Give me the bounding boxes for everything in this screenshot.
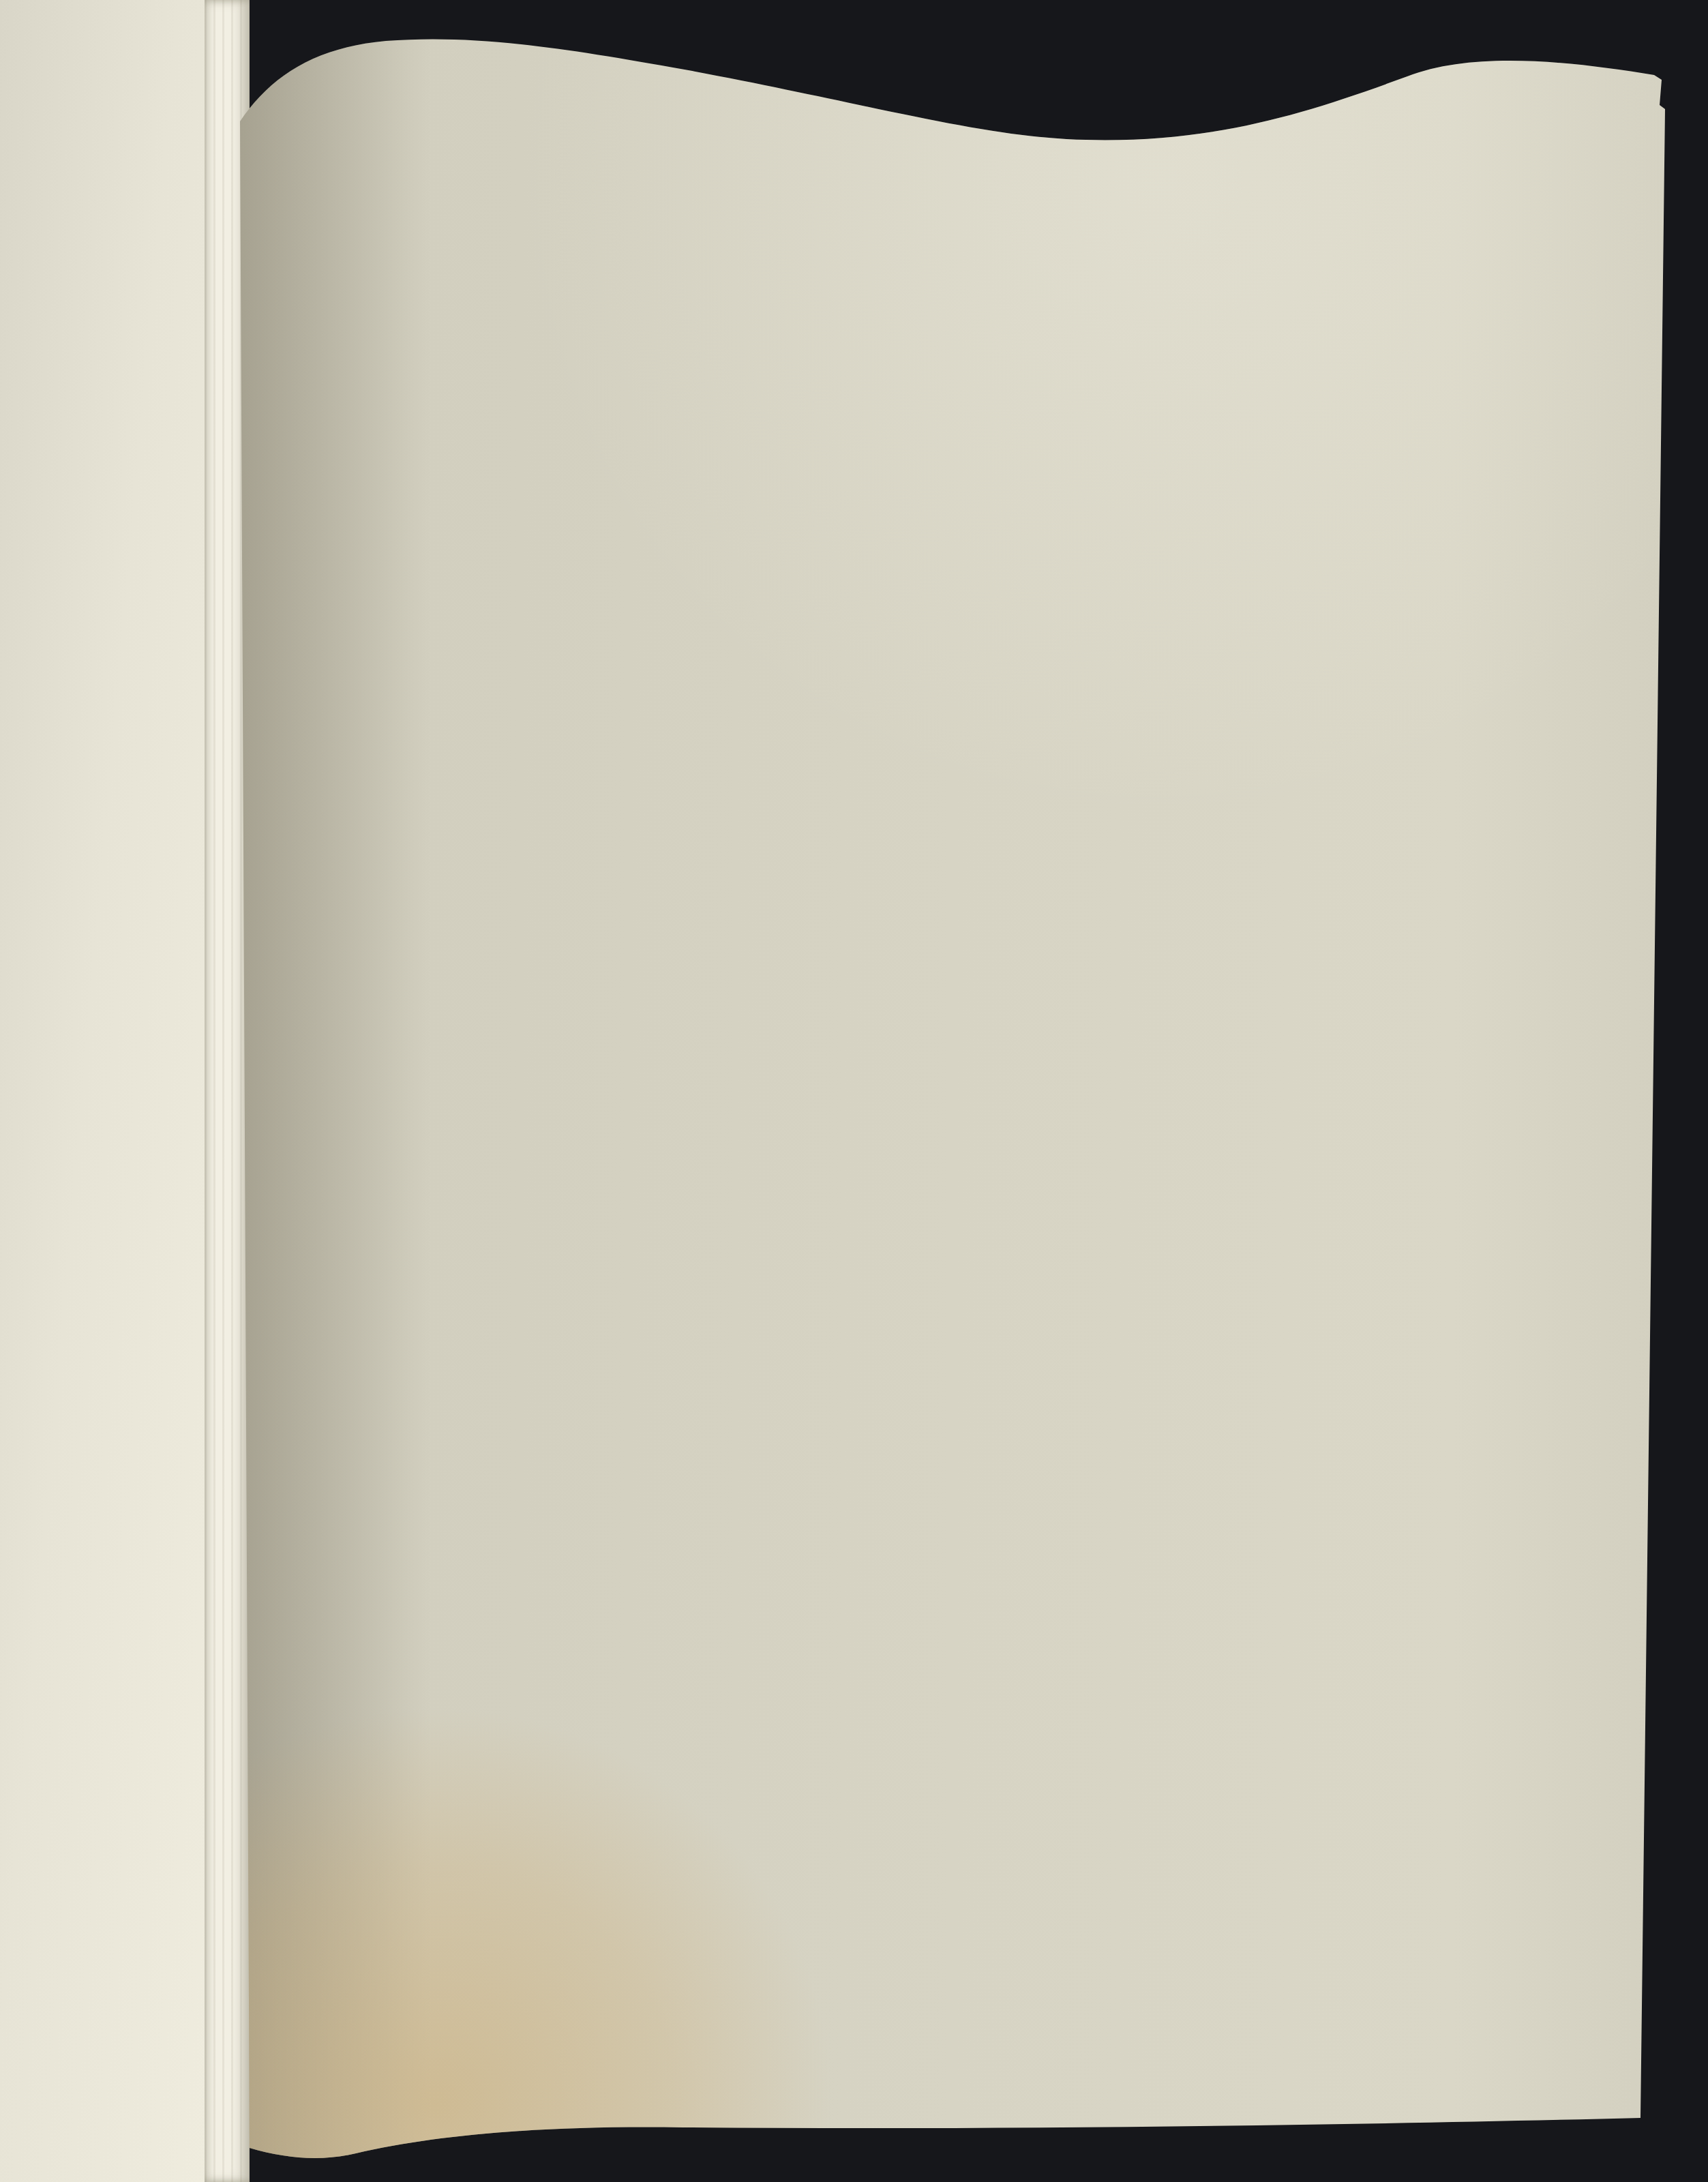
right-page-warm-light	[240, 1705, 1195, 2182]
book-photo-root: { "colors":{ "background":"#16171b", "pa…	[0, 0, 1708, 2182]
right-page-svg	[0, 0, 1708, 2182]
right-page-top-light	[240, 0, 1708, 955]
